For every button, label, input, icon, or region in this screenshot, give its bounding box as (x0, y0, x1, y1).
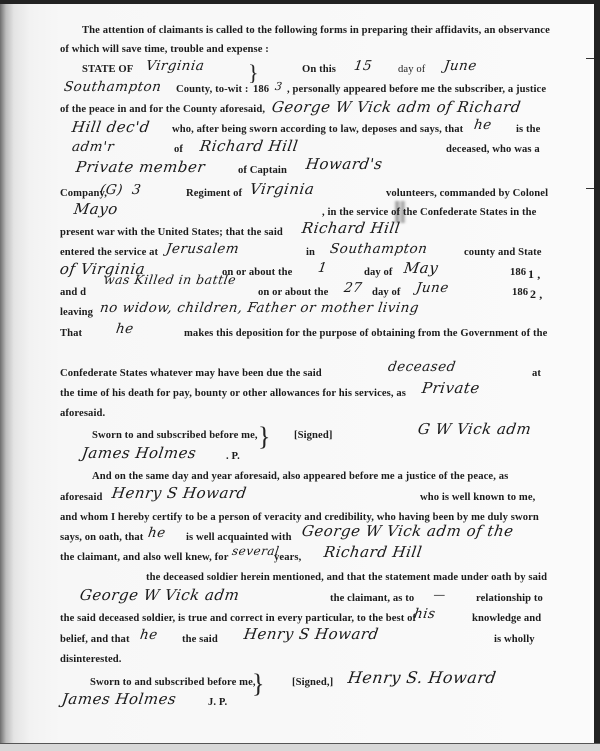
year-prefix: 186 (253, 84, 269, 95)
years-label: years, (274, 552, 301, 563)
signature-1[interactable]: G W Vick adm (417, 420, 533, 438)
same-day-text: And on the same day and year aforesaid, … (92, 471, 508, 482)
signed-label-1: [Signed] (294, 430, 332, 441)
scan-bottom-border (0, 743, 600, 751)
county-label: County, to-wit : (176, 84, 249, 95)
entered-place: Jerusalem (165, 241, 240, 257)
affidavit-page: The attention of claimants is called to … (0, 4, 594, 746)
of-captain-label: of Captain (238, 165, 287, 176)
death-year-digit: 2 , (530, 287, 542, 302)
signed-label-2: [Signed,] (292, 677, 333, 688)
witness-name: Henry S Howard (111, 484, 248, 502)
regiment-state: Virginia (249, 180, 316, 198)
leaving-label: leaving (60, 307, 93, 318)
intro-line-1: The attention of claimants is called to … (82, 25, 550, 36)
scan-right-border (594, 0, 600, 751)
leaving-value: no widow, children, Father or mother liv… (99, 300, 420, 316)
death-month: June (415, 280, 450, 296)
wholly-label: is wholly (494, 634, 535, 645)
due-value: deceased (387, 359, 457, 375)
his-value: his (413, 606, 437, 622)
pronoun-he-1: he (473, 117, 493, 133)
time-text: the time of his death for pay, bounty or… (60, 388, 406, 399)
jp-suffix-2: J. P. (208, 697, 227, 708)
present-war-text: present war with the United States; that… (60, 227, 283, 238)
entered-day: 1 (317, 260, 328, 276)
pronoun-he-2: he (115, 321, 135, 337)
acquainted-text: is well acquainted with (186, 532, 292, 543)
appeared-text: , personally appeared before me the subs… (287, 84, 546, 95)
death-year-prefix: 186 (512, 287, 528, 298)
on-or-about-label-2: on or about the (258, 287, 328, 298)
claimant-as-to: the claimant, as to (330, 593, 414, 604)
sworn-before-1: Sworn to and subscribed before me, (92, 430, 258, 441)
state-label: STATE OF (82, 64, 133, 75)
regiment-of-label: Regiment of (186, 188, 242, 199)
brace: } (258, 424, 270, 450)
deceased-name: Richard Hill (199, 137, 300, 155)
state-value: Virginia (145, 58, 206, 74)
service-text: , in the service of the Confederate Stat… (322, 207, 536, 218)
margin-mark (586, 58, 594, 59)
entered-text: entered the service at (60, 247, 158, 258)
month-value: June (443, 58, 478, 74)
intro-line-2: of which will save time, trouble and exp… (60, 44, 269, 55)
disinterested-label: disinterested. (60, 654, 122, 665)
volunteers-text: volunteers, commanded by Colonel (386, 188, 548, 199)
jp-suffix-1: . P. (226, 451, 240, 462)
county-state-text: county and State (464, 247, 542, 258)
in-label: in (306, 247, 315, 258)
company-value: (G) (99, 182, 124, 198)
rank-value: Private member (75, 158, 207, 176)
says-oath-text: says, on oath, that (60, 532, 143, 543)
belief-text: belief, and that (60, 634, 130, 645)
that-label: That (60, 328, 82, 339)
entered-year-prefix: 186 (510, 267, 526, 278)
relationship-value: — (434, 590, 445, 601)
day-value: 15 (353, 58, 373, 74)
claimant-knew-text: the claimant, and also well knew, for (60, 552, 229, 563)
soldier-name: Richard Hill (301, 219, 402, 237)
day-of-label: day of (398, 64, 425, 75)
aforesaid-label-2: aforesaid (60, 492, 103, 503)
death-value: was Killed in battle (103, 272, 237, 287)
services-value: Private (421, 379, 481, 397)
regiment-number: 3 (131, 182, 142, 198)
confederate-text: Confederate States whatever may have bee… (60, 368, 322, 379)
year-digit: 3 (274, 80, 283, 93)
pronoun-he-4: he (139, 627, 159, 643)
day-of-label-3: day of (372, 287, 401, 298)
day-of-label-2: day of (364, 267, 393, 278)
colonel-value: Mayo (73, 200, 119, 218)
of-label: of (174, 144, 183, 155)
entered-month: May (403, 259, 440, 277)
pronoun-he-3: he (147, 525, 167, 541)
deposition-text: makes this deposition for the purpose of… (184, 328, 547, 339)
signature-2[interactable]: Henry S. Howard (347, 668, 498, 687)
at-label: at (532, 368, 541, 379)
deponent-line-1: George W Vick adm of Richard (271, 98, 522, 116)
brace: } (252, 671, 264, 697)
death-day: 27 (343, 280, 363, 296)
knowledge-and-label: knowledge and (472, 613, 541, 624)
deceased-soldier-text: the deceased soldier herein mentioned, a… (146, 572, 547, 583)
deceased-who-label: deceased, who was a (446, 144, 540, 155)
entered-county: Southampton (329, 241, 429, 257)
margin-mark (586, 188, 594, 189)
years-value: several (231, 544, 280, 558)
sworn-before-2: Sworn to and subscribed before me, (90, 677, 256, 688)
entered-year-digit: 1 , (528, 267, 540, 282)
on-this-label: On this (302, 64, 336, 75)
well-known-text: who is well known to me, (420, 492, 535, 503)
said-deceased-text: the said deceased soldier, is true and c… (60, 613, 416, 624)
peace-text: of the peace in and for the County afore… (60, 104, 265, 115)
brace: } (248, 62, 259, 84)
and-died-label: and d (60, 287, 86, 298)
justice-signature-2: James Holmes (61, 690, 178, 708)
sworn-text: who, after being sworn according to law,… (172, 124, 463, 135)
witness-name-2: Henry S Howard (243, 625, 380, 643)
relation-value: adm'r (71, 139, 115, 155)
is-the-label: is the (516, 124, 540, 135)
the-said-label: the said (182, 634, 218, 645)
deponent-line-2: Hill dec'd (71, 118, 151, 136)
justice-signature-1: James Holmes (81, 444, 198, 462)
knew-value: Richard Hill (323, 543, 424, 561)
acquainted-value: George W Vick adm of the (301, 522, 515, 540)
claimant-name: George W Vick adm (79, 586, 241, 604)
aforesaid-label: aforesaid. (60, 408, 105, 419)
county-value: Southampton (63, 79, 163, 95)
relationship-to-label: relationship to (476, 593, 543, 604)
captain-value: Howard's (305, 155, 384, 173)
